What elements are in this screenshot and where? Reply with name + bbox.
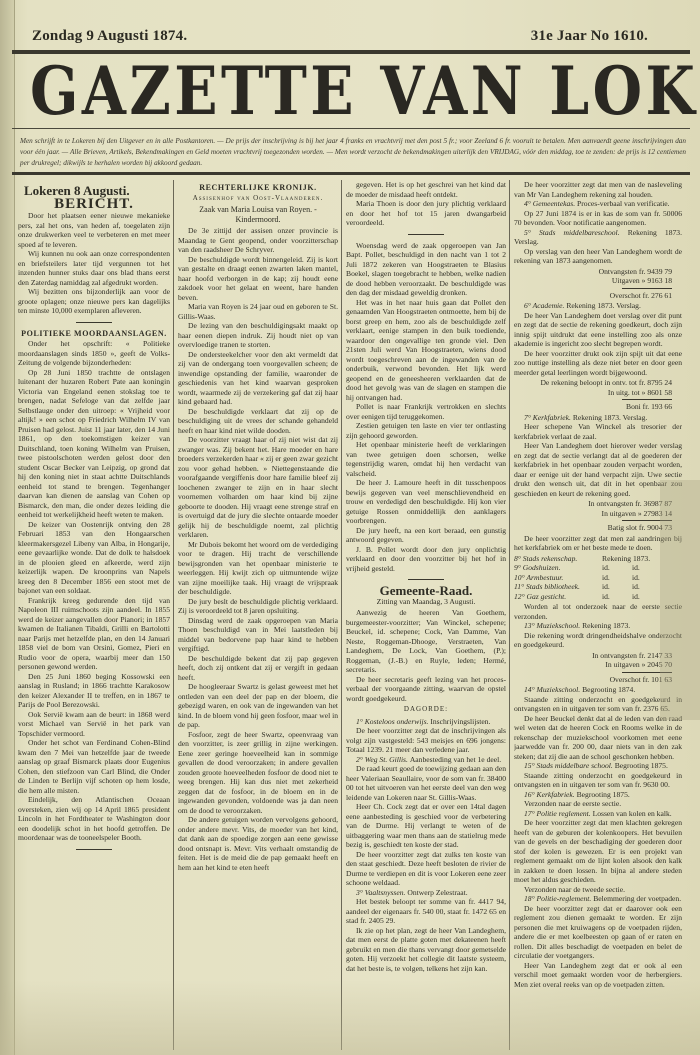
- paragraph: De heer Beuckel denkt dat al de leden va…: [514, 714, 682, 762]
- sum-rule: [622, 288, 672, 289]
- paragraph: De andere getuigen worden vervolgens geh…: [178, 815, 338, 872]
- academie-body: De heer Van Landeghem doet verslag over …: [514, 311, 682, 378]
- muziek-budget-body: Staande zitting onderzocht en goedgekeur…: [514, 695, 682, 762]
- agenda-item: Op 27 Juni 1874 is er in kas de som van …: [514, 209, 682, 228]
- item-head: 1° Kosteloos onderwijs.: [356, 717, 430, 726]
- agenda-item: Heer Ch. Cock zegt dat er over een 14tal…: [346, 802, 506, 850]
- amount-line: In ontvangsten fr. 36987 87: [514, 499, 672, 509]
- paragraph: Heer Van Landeghem doet hierover weder v…: [514, 441, 682, 498]
- item-head: 9° Godshuizen.: [514, 563, 602, 573]
- paragraph: Eindelijk, den Atlantischen Oceaan overs…: [18, 795, 170, 843]
- muziek-total: Overschot fr. 101 63: [514, 675, 682, 685]
- article-heading: POLITIEKE MOORDAANSLAGEN.: [18, 329, 170, 339]
- paragraph: De heer voorzitter zegt dat men zal aand…: [514, 534, 682, 553]
- paragraph: De hoogleeraar Swartz is gelast geweest …: [178, 682, 338, 730]
- paragraph: Zestien getuigen ten laste en vier ter o…: [346, 421, 506, 440]
- agenda-item: 1° Kosteloos onderwijs. Inschrijvingslij…: [346, 717, 506, 727]
- item-title: Rekening 1873. Verslag.: [573, 413, 648, 422]
- subscription-notice: Men schrijft in te Lokeren bij den Uitge…: [20, 136, 686, 169]
- agenda-item: 17° Politie reglement. Lossen van kolen …: [514, 809, 682, 819]
- paragraph: Onder het opschrift: « Politieke moordaa…: [18, 339, 170, 368]
- dateline: Zondag 9 Augusti 1874. 31e Jaar No 1610.: [32, 28, 648, 45]
- paragraph: Op 28 Juni 1850 trachtte de ontslagen lu…: [18, 368, 170, 520]
- school-amounts: Ontvangsten fr. 9439 79Uitgaven » 9163 1…: [514, 267, 682, 286]
- agenda-item: De heer voorzitter zegt dat de inschrijv…: [346, 726, 506, 755]
- separator: [408, 234, 444, 235]
- paragraph: Dinsdag werd de zaak opgeroepen van Mari…: [178, 616, 338, 654]
- agenda-item: Verzonden naar de eerste sectie.: [514, 799, 682, 809]
- sum-rule: [622, 520, 672, 521]
- paragraph: Pollet is naar Frankrijk vertrokken en s…: [346, 402, 506, 421]
- agenda-item: De heer voorzitter zegt dat men klachten…: [514, 818, 682, 885]
- paragraph: De keizer van Oostenrijk ontving den 28 …: [18, 520, 170, 596]
- column-1: Lokeren 8 Augusti. BERICHT. Door het pla…: [18, 180, 170, 1050]
- remaining-items: 15° Stads middelbare school. Begrooting …: [514, 761, 682, 989]
- newspaper-page: Zondag 9 Augusti 1874. 31e Jaar No 1610.…: [0, 0, 700, 1055]
- paragraph: Woensdag werd de zaak opgeroepen van Jan…: [346, 241, 506, 298]
- item-status: id.: [632, 592, 662, 602]
- amount-line: In uitg. tot » 8601 58: [514, 388, 672, 398]
- agenda-label: DAGORDE:: [346, 705, 506, 715]
- agenda-item: Heer Van Landeghem zegt dat er ook al ee…: [514, 961, 682, 990]
- agenda-item: 4° Gemeentekas. Proces-verbaal van verif…: [514, 199, 682, 209]
- item-head: 3° Vaaltsnyssen.: [356, 888, 407, 897]
- paragraph: Die rekening wordt dringendheidshalve on…: [514, 631, 682, 650]
- item-status: id.: [602, 563, 632, 573]
- column-4: De heer voorzitter zegt dat men van de n…: [514, 180, 682, 1050]
- masthead-bottom-rule: [12, 128, 690, 129]
- paragraph: De jury beslt de beschuldigde plichtig v…: [178, 597, 338, 616]
- kerk-body: Heer schepene Van Winckel als tresorier …: [514, 422, 682, 498]
- item-status: Rekening 1873.: [602, 554, 662, 564]
- column-divider: [509, 180, 510, 1050]
- item-status: id.: [602, 592, 632, 602]
- section-subheading: Assisenhof van Oost-Vlaanderen.: [178, 194, 338, 204]
- item-head: 5° Stads middelbareschool.: [524, 228, 628, 237]
- item-head: 14° Muziekschool.: [524, 685, 580, 694]
- item-status: id.: [632, 563, 662, 573]
- council-session: Zitting van Maandag, 3 Augusti.: [346, 597, 506, 607]
- column-2: RECHTERLIJKE KRONIJK. Assisenhof van Oos…: [178, 180, 338, 1050]
- agenda-items: 1° Kosteloos onderwijs. Inschrijvingslij…: [346, 717, 506, 974]
- paragraph: Door het plaatsen eener nieuwe mekanieke…: [18, 211, 170, 249]
- item-head: 10° Armbestuur.: [514, 573, 602, 583]
- paragraph: De voorzitter vraagt haar of zij niet wi…: [178, 435, 338, 540]
- agenda-item: Ik zie op het plan, zegt de heer Van Lan…: [346, 926, 506, 974]
- item-head: 6° Academie.: [524, 301, 564, 310]
- agenda-item: 2° Weg St. Gillis. Aanbesteding van het …: [346, 755, 506, 765]
- paragraph: Staande zitting onderzocht en goedgekeur…: [514, 695, 682, 714]
- kerk-amounts: In ontvangsten fr. 36987 87In uitgaven »…: [514, 499, 682, 518]
- council-items: 4° Gemeentekas. Proces-verbaal van verif…: [514, 199, 682, 266]
- paragraph: Aanwezig de heeren Van Goethem, burgemee…: [346, 608, 506, 675]
- id-list: 8° Stads rekenschap.Rekening 1873.9° God…: [514, 554, 682, 602]
- item-title: Rekening 1873.: [582, 621, 630, 630]
- paragraph: De ondersteekelcher voor den akt vermeld…: [178, 350, 338, 407]
- paragraph: Maria van Royen is 24 jaar oud en gebore…: [178, 302, 338, 321]
- kerk-total: Batig slot fr. 9004 73: [514, 523, 682, 533]
- council-heading: Gemeente-Raad.: [346, 586, 506, 596]
- item-head: 16° Kerkfabriek.: [524, 790, 577, 799]
- column-3: gegeven. Het is op het geschrei van het …: [346, 180, 506, 1050]
- item-head: 12° Gaz gesticht.: [514, 592, 602, 602]
- paragraph: De heer voorzitter drukt ook zijn spijt …: [514, 349, 682, 378]
- paragraph: De heer J. Lamoure heeft in dit tusschen…: [346, 478, 506, 526]
- item-title: Rekening 1873. Verslag.: [566, 301, 641, 310]
- separator: [76, 322, 112, 323]
- paragraph: De jury heeft, na een kort beraad, een g…: [346, 526, 506, 545]
- agenda-item: 15° Stads middelbare school. Begrooting …: [514, 761, 682, 771]
- paragraph: Heer schepene Van Winckel als tresorier …: [514, 422, 682, 441]
- sum-rule: [622, 399, 672, 400]
- amount-line: Ontvangsten fr. 9439 79: [514, 267, 672, 277]
- item-head: 7° Kerkfabriek.: [524, 413, 571, 422]
- issue-number: 31e Jaar No 1610.: [531, 28, 648, 45]
- paragraph: Onder het schot van Ferdinand Cohen-Blin…: [18, 738, 170, 795]
- item-head: 17° Politie reglement.: [524, 809, 593, 818]
- paragraph: De beschuldigde bekent dat zij pap gegev…: [178, 654, 338, 683]
- paragraph: Wij bezitten ons bijzonderlijk aan voor …: [18, 287, 170, 316]
- paragraph: Het openbaar ministerie heeft de verklar…: [346, 440, 506, 478]
- agenda-item: Verzonden naar de tweede sectie.: [514, 885, 682, 895]
- muziek-amounts: In ontvangsten fr. 2147 33In uitgaven » …: [514, 651, 682, 670]
- amount-line: De rekening beloopt in ontv. tot fr. 879…: [514, 378, 672, 388]
- pollet-case-body: Woensdag werd de zaak opgeroepen van Jan…: [346, 241, 506, 574]
- column-divider: [173, 180, 174, 1050]
- paragraph: Het was in het naar huis gaan dat Pollet…: [346, 298, 506, 403]
- paragraph: De heer Van Landeghem doet verslag over …: [514, 311, 682, 349]
- paragraph: De heer voorzitter zegt dat men van de n…: [514, 180, 682, 199]
- separator: [76, 849, 112, 850]
- masthead-title: GAZETTE VAN LOKEREN.: [30, 58, 591, 124]
- paragraph: Maria Thoen is door den jury plichtig ve…: [346, 199, 506, 228]
- paragraph: Fosfoor, zegt de heer Swartz, opeenvraag…: [178, 730, 338, 816]
- agenda-item: Staande zitting onderzocht en goedgekeur…: [514, 771, 682, 790]
- paragraph: De lezing van den beschuldigingsakt maak…: [178, 321, 338, 350]
- agenda-item: Het bestek beloopt ter somme van fr. 441…: [346, 897, 506, 926]
- item-status: id.: [632, 582, 662, 592]
- paragraph: Worden al tot onderzoek naar de eerste s…: [514, 602, 682, 621]
- item-title: Begrooting 1874.: [582, 685, 635, 694]
- item-status: id.: [602, 582, 632, 592]
- paragraph: De 3e zittijd der assisen onzer provinci…: [178, 226, 338, 255]
- item-status: id.: [602, 573, 632, 583]
- agenda-item: 18° Politie-reglement. Belemmering der v…: [514, 894, 682, 904]
- case-title: Zaak van Maria Louisa van Royen. - Kinde…: [178, 205, 338, 224]
- court-report-continued: gegeven. Het is op het geschrei van het …: [346, 180, 506, 228]
- agenda-item: 3° Vaaltsnyssen. Ontwerp Zelestraat.: [346, 888, 506, 898]
- separator: [408, 579, 444, 580]
- content-top-rule: [12, 172, 690, 175]
- council-intro: Aanwezig de heeren Van Goethem, burgemee…: [346, 608, 506, 703]
- place-date: Lokeren 8 Augusti.: [24, 186, 170, 196]
- paragraph: De heer secretaris geeft lezing van het …: [346, 675, 506, 704]
- column-divider: [341, 180, 342, 1050]
- item-status: id.: [632, 573, 662, 583]
- agenda-item: De heer voorzitter zegt dat zulks ten ko…: [346, 850, 506, 888]
- academie-amounts: De rekening beloopt in ontv. tot fr. 879…: [514, 378, 682, 397]
- bericht-heading: BERICHT.: [18, 200, 170, 210]
- paragraph: Wij kunnen nu ook aan onze correspondent…: [18, 249, 170, 287]
- amount-line: In ontvangsten fr. 2147 33: [514, 651, 672, 661]
- school-total: Overschot fr. 276 61: [514, 291, 682, 301]
- court-report-body: De 3e zittijd der assisen onzer provinci…: [178, 226, 338, 872]
- agenda-item: De heer voorzitter zegt dat er daarover …: [514, 904, 682, 961]
- issue-date: Zondag 9 Augusti 1874.: [32, 28, 187, 45]
- binding-spine: [0, 0, 15, 1055]
- paragraph: Den 25 Juni 1860 beging Kossowski een aa…: [18, 672, 170, 710]
- paragraph: Mr Dubois bekomt het woord om de verdedi…: [178, 540, 338, 597]
- paragraph: gegeven. Het is op het geschrei van het …: [346, 180, 506, 199]
- amount-line: In uitgaven » 2045 70: [514, 660, 672, 670]
- article-body: Onder het opschrift: « Politieke moordaa…: [18, 339, 170, 843]
- item-head: 11° Stads bibliotheek.: [514, 582, 602, 592]
- amount-line: Uitgaven » 9163 18: [514, 276, 672, 286]
- item-head: 4° Gemeentekas.: [524, 199, 577, 208]
- paragraph: J. B. Pollet wordt door den jury onplich…: [346, 545, 506, 574]
- agenda-item: De raad keurt goed de toewijzing gedaan …: [346, 764, 506, 802]
- paragraph: Frankrijk kreeg gedurende den tijd van N…: [18, 596, 170, 672]
- section-heading: RECHTERLIJKE KRONIJK.: [178, 183, 338, 193]
- item-head: 2° Weg St. Gillis.: [356, 755, 410, 764]
- item-head: 8° Stads rekenschap.: [514, 554, 602, 564]
- paragraph: De beschuldigde verklaart dat zij op de …: [178, 407, 338, 436]
- bericht-body: Door het plaatsen eener nieuwe mekanieke…: [18, 211, 170, 316]
- agenda-item: 16° Kerkfabriek. Begrooting 1875.: [514, 790, 682, 800]
- academie-total: Boni fr. 193 66: [514, 402, 682, 412]
- paragraph: Ook Servië kwam aan de beurt: in 1868 we…: [18, 710, 170, 739]
- item-head: 13° Muziekschool.: [524, 621, 580, 630]
- agenda-item: Op verslag van den heer Van Landeghem wo…: [514, 247, 682, 266]
- amount-line: In uitgaven » 27983 14: [514, 509, 672, 519]
- agenda-item: 5° Stads middelbareschool. Rekening 1873…: [514, 228, 682, 247]
- paragraph: De beschuldigde wordt binnengeleid. Zij …: [178, 255, 338, 303]
- item-head: 15° Stads middelbare school.: [524, 761, 615, 770]
- sum-rule: [622, 672, 672, 673]
- item-head: 18° Politie-reglement.: [524, 894, 593, 903]
